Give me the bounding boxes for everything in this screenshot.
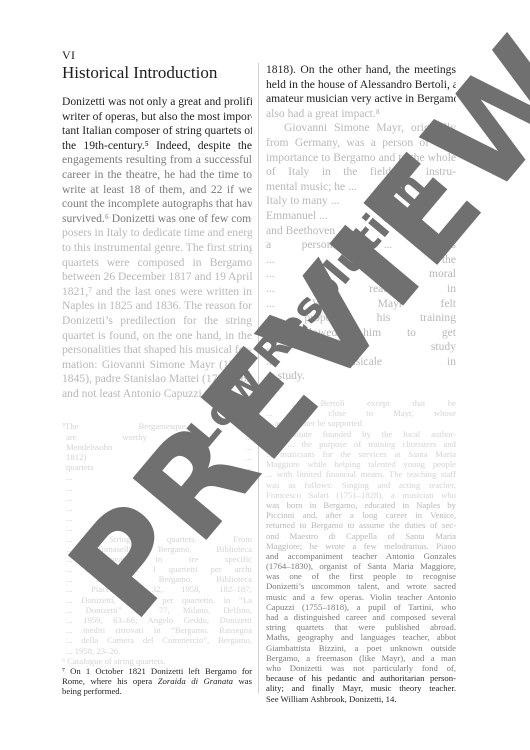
left-body-text: Donizetti was not only a great and proli… <box>62 95 252 401</box>
text-line: ... study. <box>266 369 456 384</box>
text-line: ... proposed his training <box>266 311 456 326</box>
text-line: importance to Bergamo and to the whole <box>266 151 456 166</box>
footnote-line: Capuzzi (1755–1818), a pupil of Tartini,… <box>266 602 456 612</box>
text-line: quartet is found, on the one hand, in th… <box>62 329 252 344</box>
footnote-line: and accompaniment teacher Antonio Gonzal… <box>266 551 456 561</box>
text-line: ... he reached in <box>266 282 456 297</box>
text-line: a personality ... Mayr’s <box>266 238 456 253</box>
text-line: to this instrumental genre. The first st… <box>62 241 252 256</box>
footnote-line: 1812) ... <box>62 452 252 462</box>
footnote-line: Mendelssohn ... <box>62 442 252 452</box>
text-line: between 26 December 1817 and 19 April <box>62 270 252 285</box>
footnote-line: ... very close to Mayr, whose <box>266 408 456 418</box>
footnote-line: See William Ashbrook, Donizetti, 14. <box>266 694 456 704</box>
text-line: of Italy in the field of instru- <box>266 165 456 180</box>
text-line: 1818). On the other hand, the meetings <box>266 63 456 78</box>
left-footnotes: ⁵The Bergamesque ... are worthy of ... M… <box>62 421 252 696</box>
text-line: from Germany, was a person of vital <box>266 136 456 151</box>
text-line: tant Italian composer of string quartets… <box>62 124 252 139</box>
footnote-line: (1764–1830), organist of Santa Maria Mag… <box>266 561 456 571</box>
footnote-line: ⁵The Bergamesque ... <box>62 421 252 431</box>
footnote-line: ... <box>62 472 252 482</box>
text-line: survived.⁶ Donizetti was one of few com- <box>62 212 252 227</box>
text-line: Donizetti’s predilection for the string <box>62 314 252 329</box>
footnote-line: ... Tomaselli. Bergamo, Biblioteca <box>62 544 252 554</box>
text-line: also had a great impact.⁸ <box>266 107 456 122</box>
footnote-line: ities ... the purpose of training choris… <box>266 439 456 449</box>
footnote-line: Piccinni and, after a long career in Ven… <box>266 510 456 520</box>
text-line: personalities that shaped his musical fo… <box>62 343 252 358</box>
footnote-line: are worthy of ... <box>62 432 252 442</box>
text-line: ... allowed him to get <box>266 326 456 341</box>
footnote-line: Donizetti’s uncommon talent, and wrote s… <box>266 581 456 591</box>
footnote-line: ⁸ ... Bertoli except that he <box>266 398 456 408</box>
footnote-line: ... <box>62 513 252 523</box>
footnote-line: Bergamo, a freemason (like Mayr), and a … <box>266 653 456 663</box>
footnote-line: ... musicians for the services at Santa … <box>266 449 456 459</box>
footnote-line: ... as a teacher he supported. <box>266 418 456 428</box>
document-page: VI Historical Introduction Donizetti was… <box>0 0 530 750</box>
footnote-line: was as follows: Singing and acting teach… <box>266 480 456 490</box>
text-line: ... moral <box>266 267 456 282</box>
footnote-line-italic: Rome, where his opera Zoraida di Granata… <box>62 676 252 686</box>
footnote-line: ... Institute founded by the local autho… <box>266 429 456 439</box>
footnote-line: Giambattista Bizzini, a poet unknown out… <box>266 643 456 653</box>
footnote-line: ⁶ Catalogue of string quartets. <box>62 656 252 666</box>
footnote-line: ... 1958, 23–26. <box>62 646 252 656</box>
footnote-line: being performed. <box>62 686 252 696</box>
text-line: 1821,⁷ and the last ones were written in <box>62 285 252 300</box>
footnote-line: ... Donizetti” (I), 77, Milano, Delfino, <box>62 605 252 615</box>
text-line: ... and study <box>266 340 456 355</box>
footnote-line: Maggiore while helping talented young pe… <box>266 459 456 469</box>
text-line: Italy to many ... <box>266 194 456 209</box>
footnote-line: ... Donizetti, Sinfonie per quartetto, i… <box>62 595 252 605</box>
text-line: Emmanuel ... <box>266 209 456 224</box>
footnote-line: who Donizetti was not particularly fond … <box>266 663 456 673</box>
footnote-line: quartets ... <box>62 462 252 472</box>
footnote-line: ... Donizetti”, Bergamo, Biblioteca <box>62 574 252 584</box>
footnote-line: because of his pedantic and authoritaria… <box>266 673 456 683</box>
right-body-text: 1818). On the other hand, the meetings h… <box>266 63 456 384</box>
text-line: mental music; he ... <box>266 180 456 195</box>
text-line: career in the theatre, he had the time t… <box>62 168 252 183</box>
footnote-line: ⁷ On 1 October 1821 Donizetti left Berga… <box>62 666 252 676</box>
text-line: and Beethoven ... <box>266 224 456 239</box>
text-line: ... the <box>266 253 456 268</box>
text-line: Naples in 1825 and 1836. The reason for <box>62 299 252 314</box>
text-line: quartets were composed in Bergamo <box>62 256 252 271</box>
text-line: and not least Antonio Capuzzi (1755– <box>62 387 252 402</box>
text-line: amateur musician very active in Bergamo, <box>266 92 456 107</box>
footnote-line: ... della Camera del Commercio”, Bergamo… <box>62 635 252 645</box>
footnote-line: Maths, geography and languages teacher, … <box>266 632 456 642</box>
footnote-line: was one of the first people to recognise <box>266 571 456 581</box>
footnote-line: ality; and finally Mayr, music theory te… <box>266 683 456 693</box>
text-line: Donizetti was not only a great and proli… <box>62 95 252 110</box>
opera-title: Zoraida di Granata <box>158 676 233 686</box>
text-line: posers in Italy to dedicate time and ene… <box>62 226 252 241</box>
text-line: count the incomplete autographs that hav… <box>62 197 252 212</box>
footnote-line: ... <box>62 503 252 513</box>
left-column: Donizetti was not only a great and proli… <box>62 95 252 697</box>
footnote-line: ond Maestro di Cappella of Santa Maria <box>266 531 456 541</box>
footnote-line: ... <box>62 523 252 533</box>
footnote-line: ... inediti ritrovati in “Bergamo. Rasse… <box>62 625 252 635</box>
footnote-line: had a distinguished career and composed … <box>266 612 456 622</box>
text-line: Giovanni Simone Mayr, originally <box>266 121 456 136</box>
footnote-line: ... <box>62 483 252 493</box>
footnote-line: ... di Donizetti. I quartetti per archi <box>62 564 252 574</box>
footnote-line: ... String quartets. From <box>62 534 252 544</box>
footnote-line: Maggiore; he wrote a few melodramas. Pia… <box>266 541 456 551</box>
footnote-line: was born in Bergamo, educated in Naples … <box>266 500 456 510</box>
right-footnotes: ⁸ ... Bertoli except that he ... very cl… <box>266 398 456 704</box>
text-line: ... When Mayr felt <box>266 297 456 312</box>
text-line: held in the house of Alessandro Bertoli,… <box>266 78 456 93</box>
footnote-line: ... 1959, 63–66; Angelo Geddo, Donizetti <box>62 615 252 625</box>
text-line: engagements resulting from a successful <box>62 153 252 168</box>
footnote-line: returned to Bergamo to assume the duties… <box>266 520 456 530</box>
text-line: the 19th-century.⁵ Indeed, despite the <box>62 139 252 154</box>
footnote-line: ... Piacentina”, 32, 1958, 182–187; <box>62 584 252 594</box>
footnote-line: music and a few operas. Violin teacher A… <box>266 592 456 602</box>
text-line: 1845), padre Stanislao Mattei (1750–1825… <box>62 372 252 387</box>
page-title: Historical Introduction <box>62 63 217 83</box>
footnote-line: ... ritrovata in tre specific <box>62 554 252 564</box>
column-divider <box>258 63 259 693</box>
text-line: mation: Giovanni Simone Mayr (1763– <box>62 358 252 373</box>
footnote-line: string quartets that were published abro… <box>266 622 456 632</box>
text-line: ... Musicale in <box>266 355 456 370</box>
text-line: writer of operas, but also the most impo… <box>62 110 252 125</box>
right-column: 1818). On the other hand, the meetings h… <box>266 63 456 704</box>
text-line: write at least 18 of them, and 22 if we <box>62 183 252 198</box>
footnote-line: ... with limited financial means. The te… <box>266 469 456 479</box>
page-number: VI <box>62 48 75 63</box>
footnote-line: Francesco Salari (1751–1828), a musician… <box>266 490 456 500</box>
footnote-line: ... <box>62 493 252 503</box>
